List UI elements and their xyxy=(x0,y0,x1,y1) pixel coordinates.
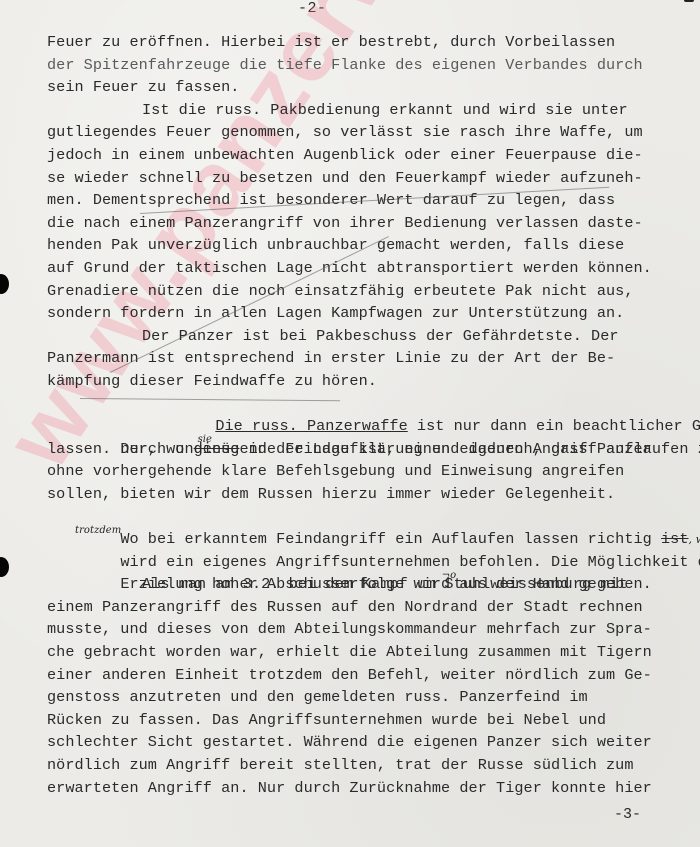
punch-hole xyxy=(0,557,9,577)
text-line: che gebracht worden war, erhielt die Abt… xyxy=(47,641,687,664)
underlined-heading: Die russ. Panzerwaffe xyxy=(215,417,407,435)
text-line: Ist die russ. Pakbedienung erkannt und w… xyxy=(47,99,687,122)
text-line: der Spitzenfahrzeuge die tiefe Flanke de… xyxy=(47,54,687,77)
text-line: die nach einem Panzerangriff von ihrer B… xyxy=(47,212,687,235)
text-line: Der Panzer ist bei Pakbeschuss der Gefäh… xyxy=(47,325,687,348)
text-line: gutliegendes Feuer genommen, so verlässt… xyxy=(47,121,687,144)
handwritten-insertion: trotzdem xyxy=(75,520,121,543)
page-number-bottom: -3- xyxy=(614,806,641,823)
page-number-top: -2- xyxy=(298,0,327,17)
text-line: Grenadiere nützen die noch einsatzfähig … xyxy=(47,280,687,303)
text-line: erwarteten Angriff an. Nur durch Zurückn… xyxy=(47,777,687,800)
paragraph-panzerwaffe: Die russ. Panzerwaffe ist nur dann ein b… xyxy=(47,393,687,574)
handwritten-mark: ¬o xyxy=(442,565,457,588)
text-line: musste, und dieses von dem Abteilungskom… xyxy=(47,618,687,641)
text-line: se wieder schnell zu besetzen und den Fe… xyxy=(47,167,687,190)
text-line: Panzermann ist entsprechend in erster Li… xyxy=(47,347,687,370)
paragraph-stuhlweissenburg: Als man am 3.2. bei dem Kampf um Stuhlwe… xyxy=(47,573,687,799)
text-line: nördlich zum Angriff bereit stellten, tr… xyxy=(47,754,687,777)
document-body: Feuer zu eröffnen. Hierbei ist er bestre… xyxy=(47,31,687,799)
handwritten-correction: , wäre xyxy=(689,533,700,546)
paragraph-block-1: Feuer zu eröffnen. Hierbei ist er bestre… xyxy=(47,31,687,393)
text-line: auf Grund der taktischen Lage nicht abtr… xyxy=(47,257,687,280)
punch-hole xyxy=(0,274,9,294)
corner-ink-mark xyxy=(684,0,694,2)
text-line: einem Panzerangriff des Russen auf den N… xyxy=(47,596,687,619)
text-line: einer anderen Einheit trotzdem den Befeh… xyxy=(47,664,687,687)
text-line: schlechter Sicht gestartet. Während die … xyxy=(47,731,687,754)
text-line: jedoch in einem unbewachten Augenblick o… xyxy=(47,144,687,167)
text-line: kämpfung dieser Feindwaffe zu hören. xyxy=(47,370,687,393)
handwritten-correction: sie xyxy=(198,429,212,452)
text-line: sondern fordern in allen Lagen Kampfwage… xyxy=(47,302,687,325)
text-line: Rücken zu fassen. Das Angriffsunternehme… xyxy=(47,709,687,732)
text-line: genstoss anzutreten und den gemeldeten r… xyxy=(47,686,687,709)
text-line: Feuer zu eröffnen. Hierbei ist er bestre… xyxy=(47,31,687,54)
document-page: www.panzerworld.org -2- Feuer zu eröffne… xyxy=(0,0,700,847)
text-line: sein Feuer zu fassen. xyxy=(47,76,687,99)
